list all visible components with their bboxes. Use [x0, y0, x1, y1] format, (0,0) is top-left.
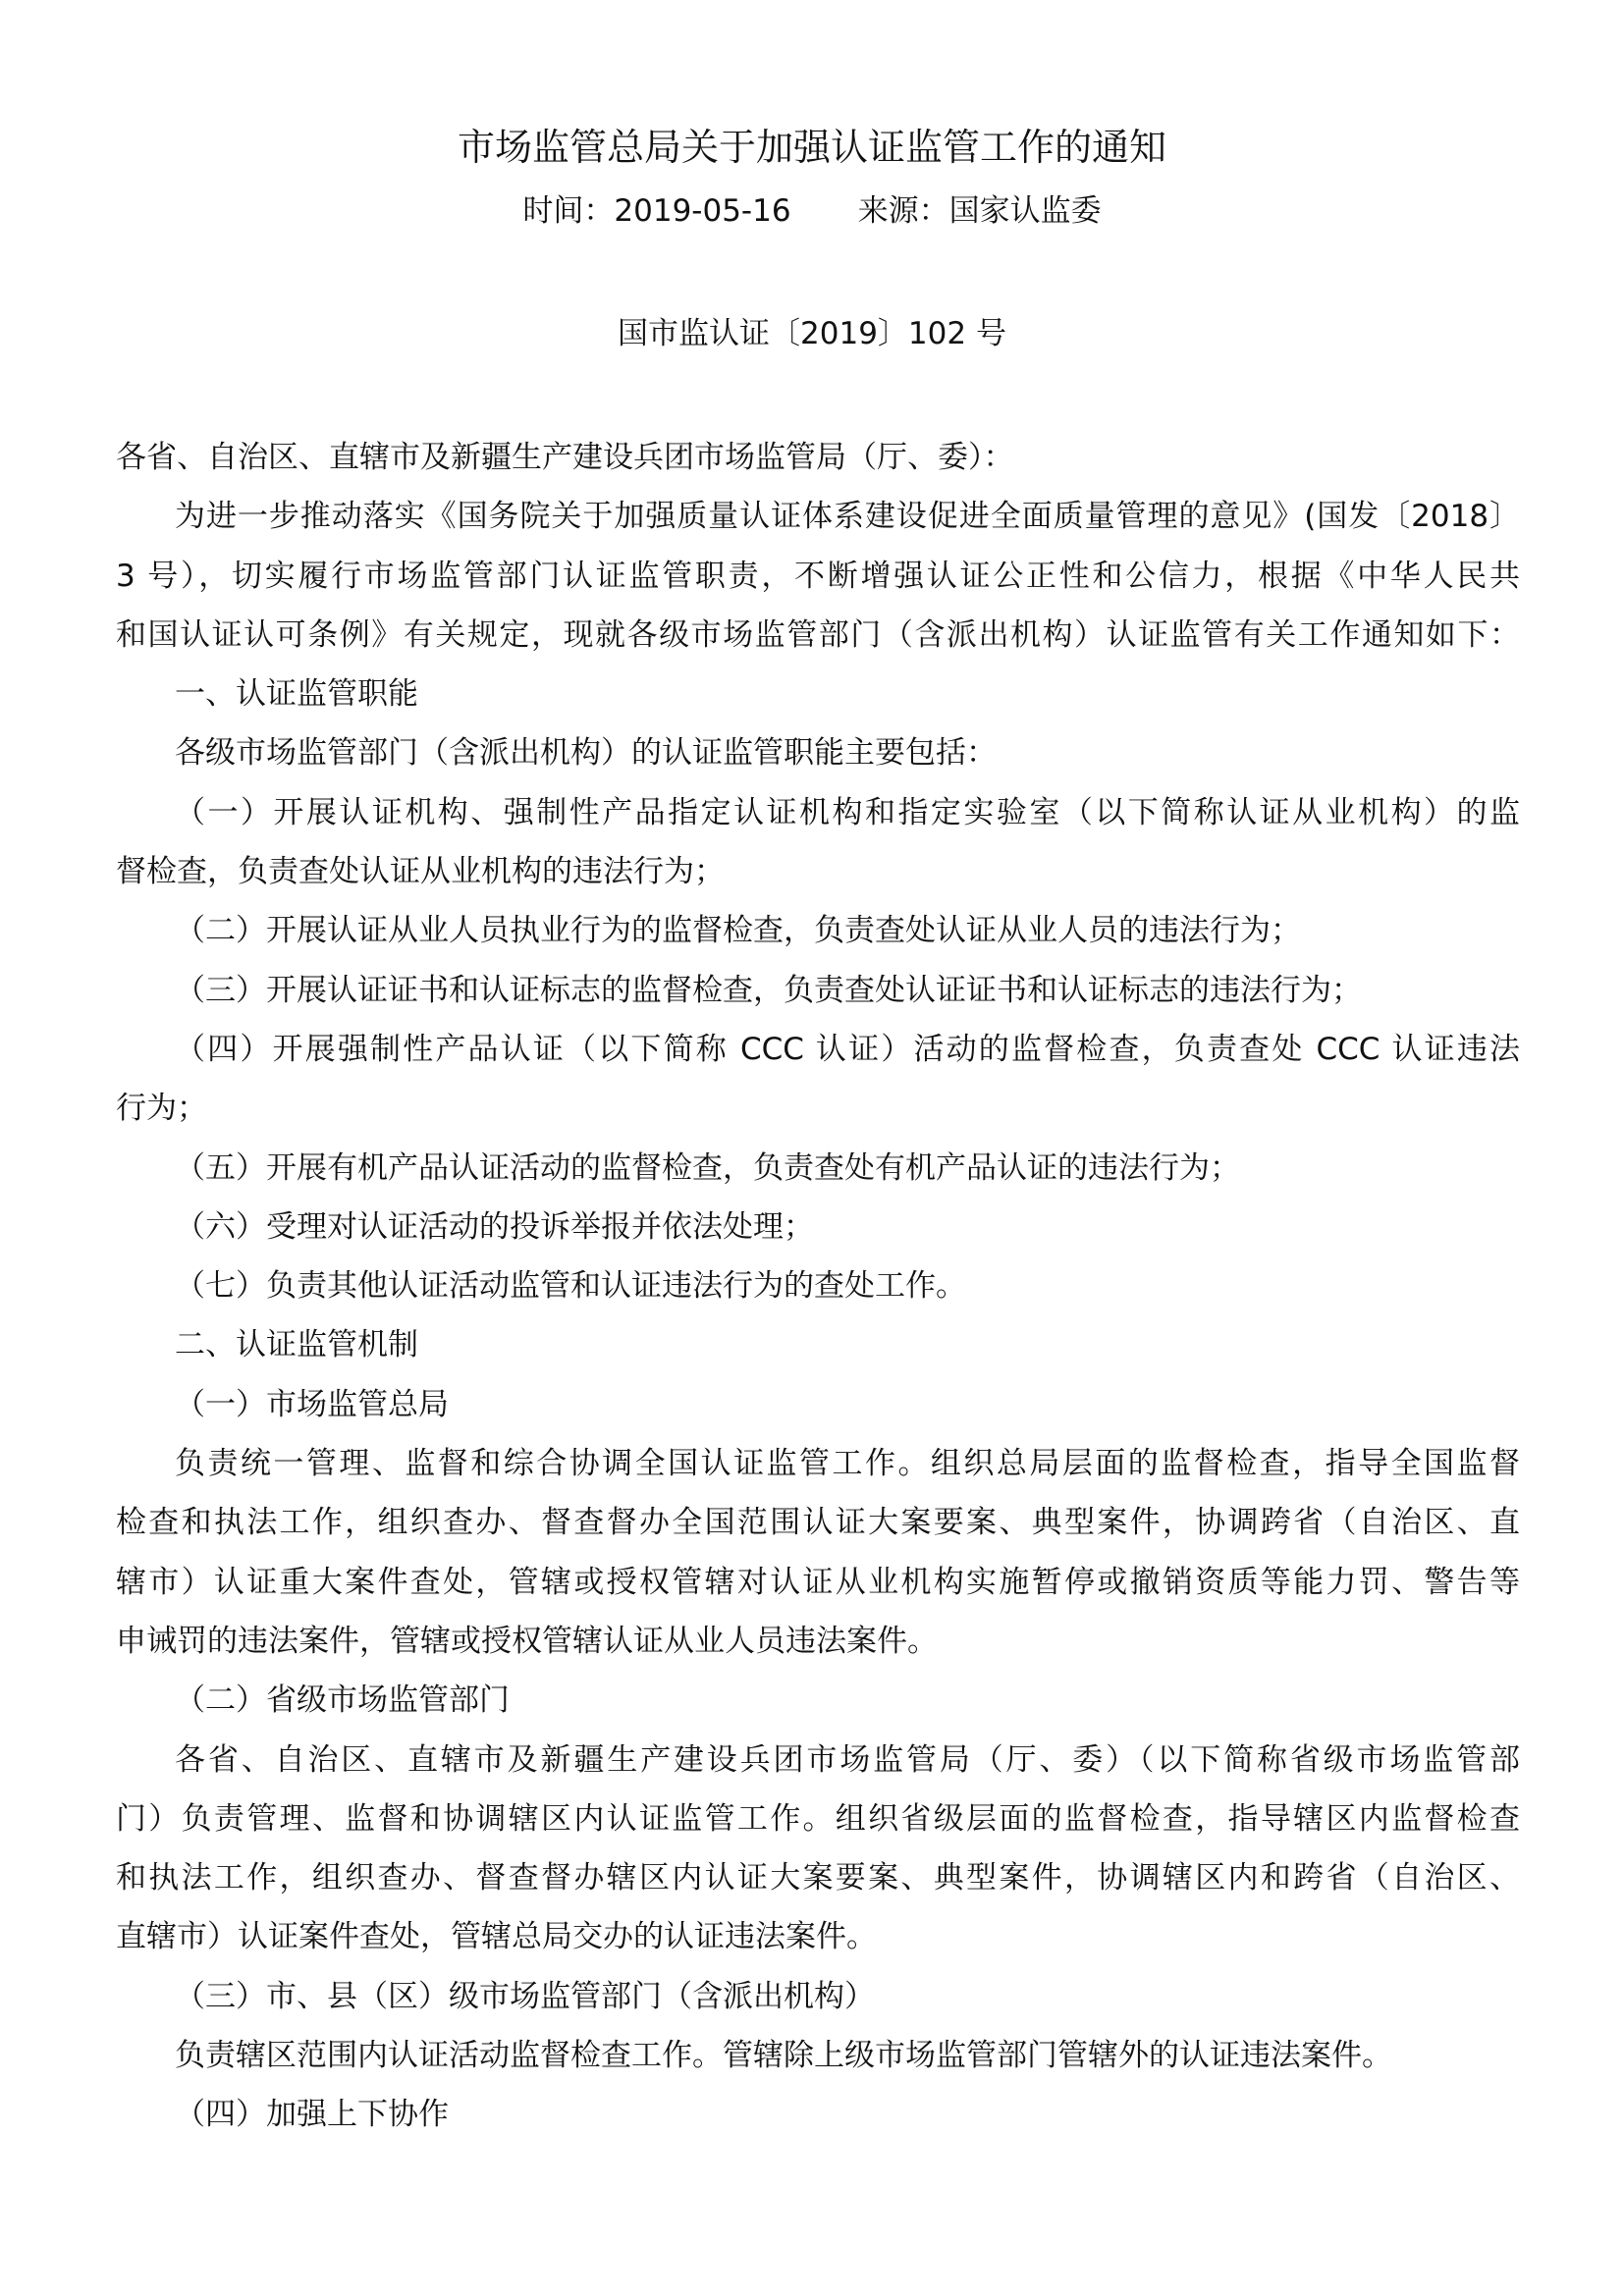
document-meta: 时间：2019-05-16来源：国家认监委: [0, 187, 1624, 236]
document-body: 各省、自治区、直辖市及新疆生产建设兵团市场监管局（厅、委）：为进一步推动落实《国…: [116, 428, 1520, 2145]
paragraph-line: （六）受理对认证活动的投诉举报并依法处理；: [116, 1198, 1520, 1256]
paragraph-line: （二）开展认证从业人员执业行为的监督检查，负责查处认证从业人员的违法行为；: [116, 901, 1520, 960]
paragraph-line: （七）负责其他认证活动监管和认证违法行为的查处工作。: [116, 1256, 1520, 1315]
paragraph-line: 负责辖区范围内认证活动监督检查工作。管辖除上级市场监管部门管辖外的认证违法案件。: [116, 2026, 1520, 2085]
paragraph-line: 为进一步推动落实《国务院关于加强质量认证体系建设促进全面质量管理的意见》(国发〔…: [116, 487, 1520, 546]
paragraph-line: 二、认证监管机制: [116, 1315, 1520, 1374]
paragraph-line: 督检查，负责查处认证从业机构的违法行为；: [116, 842, 1520, 901]
publish-time: 时间：2019-05-16: [522, 187, 790, 236]
paragraph-line: （三）开展认证证书和认证标志的监督检查，负责查处认证证书和认证标志的违法行为；: [116, 961, 1520, 1020]
paragraph-line: （四）加强上下协作: [116, 2085, 1520, 2144]
paragraph-line: 行为；: [116, 1079, 1520, 1138]
paragraph-line: 一、认证监管职能: [116, 665, 1520, 723]
paragraph-line: 辖市）认证重大案件查处，管辖或授权管辖对认证从业机构实施暂停或撤销资质等能力罚、…: [116, 1553, 1520, 1612]
paragraph-line: 负责统一管理、监督和综合协调全国认证监管工作。组织总局层面的监督检查，指导全国监…: [116, 1434, 1520, 1493]
paragraph-line: （五）开展有机产品认证活动的监督检查，负责查处有机产品认证的违法行为；: [116, 1139, 1520, 1198]
paragraph-line: （一）市场监管总局: [116, 1375, 1520, 1434]
paragraph-line: （二）省级市场监管部门: [116, 1671, 1520, 1730]
paragraph-line: （三）市、县（区）级市场监管部门（含派出机构）: [116, 1967, 1520, 2026]
paragraph-line: 门）负责管理、监督和协调辖区内认证监管工作。组织省级层面的监督检查，指导辖区内监…: [116, 1789, 1520, 1848]
paragraph-line: 各省、自治区、直辖市及新疆生产建设兵团市场监管局（厅、委）（以下简称省级市场监管…: [116, 1731, 1520, 1789]
paragraph-line: 申诫罚的违法案件，管辖或授权管辖认证从业人员违法案件。: [116, 1612, 1520, 1671]
paragraph-line: 检查和执法工作，组织查办、督查督办全国范围认证大案要案、典型案件，协调跨省（自治…: [116, 1493, 1520, 1552]
paragraph-line: 各省、自治区、直辖市及新疆生产建设兵团市场监管局（厅、委）：: [116, 428, 1520, 487]
paragraph-line: 和国认证认可条例》有关规定，现就各级市场监管部门（含派出机构）认证监管有关工作通…: [116, 606, 1520, 665]
paragraph-line: （四）开展强制性产品认证（以下简称 CCC 认证）活动的监督检查，负责查处 CC…: [116, 1020, 1520, 1079]
document-number: 国市监认证〔2019〕102 号: [0, 309, 1624, 358]
document-title: 市场监管总局关于加强认证监管工作的通知: [0, 120, 1624, 175]
paragraph-line: 直辖市）认证案件查处，管辖总局交办的认证违法案件。: [116, 1907, 1520, 1966]
publish-source: 来源：国家认监委: [858, 187, 1102, 236]
paragraph-line: 和执法工作，组织查办、督查督办辖区内认证大案要案、典型案件，协调辖区内和跨省（自…: [116, 1848, 1520, 1907]
document-page: 市场监管总局关于加强认证监管工作的通知 时间：2019-05-16来源：国家认监…: [0, 0, 1624, 2296]
paragraph-line: 3 号），切实履行市场监管部门认证监管职责，不断增强认证公正性和公信力，根据《中…: [116, 547, 1520, 606]
paragraph-line: （一）开展认证机构、强制性产品指定认证机构和指定实验室（以下简称认证从业机构）的…: [116, 783, 1520, 842]
paragraph-line: 各级市场监管部门（含派出机构）的认证监管职能主要包括：: [116, 723, 1520, 782]
